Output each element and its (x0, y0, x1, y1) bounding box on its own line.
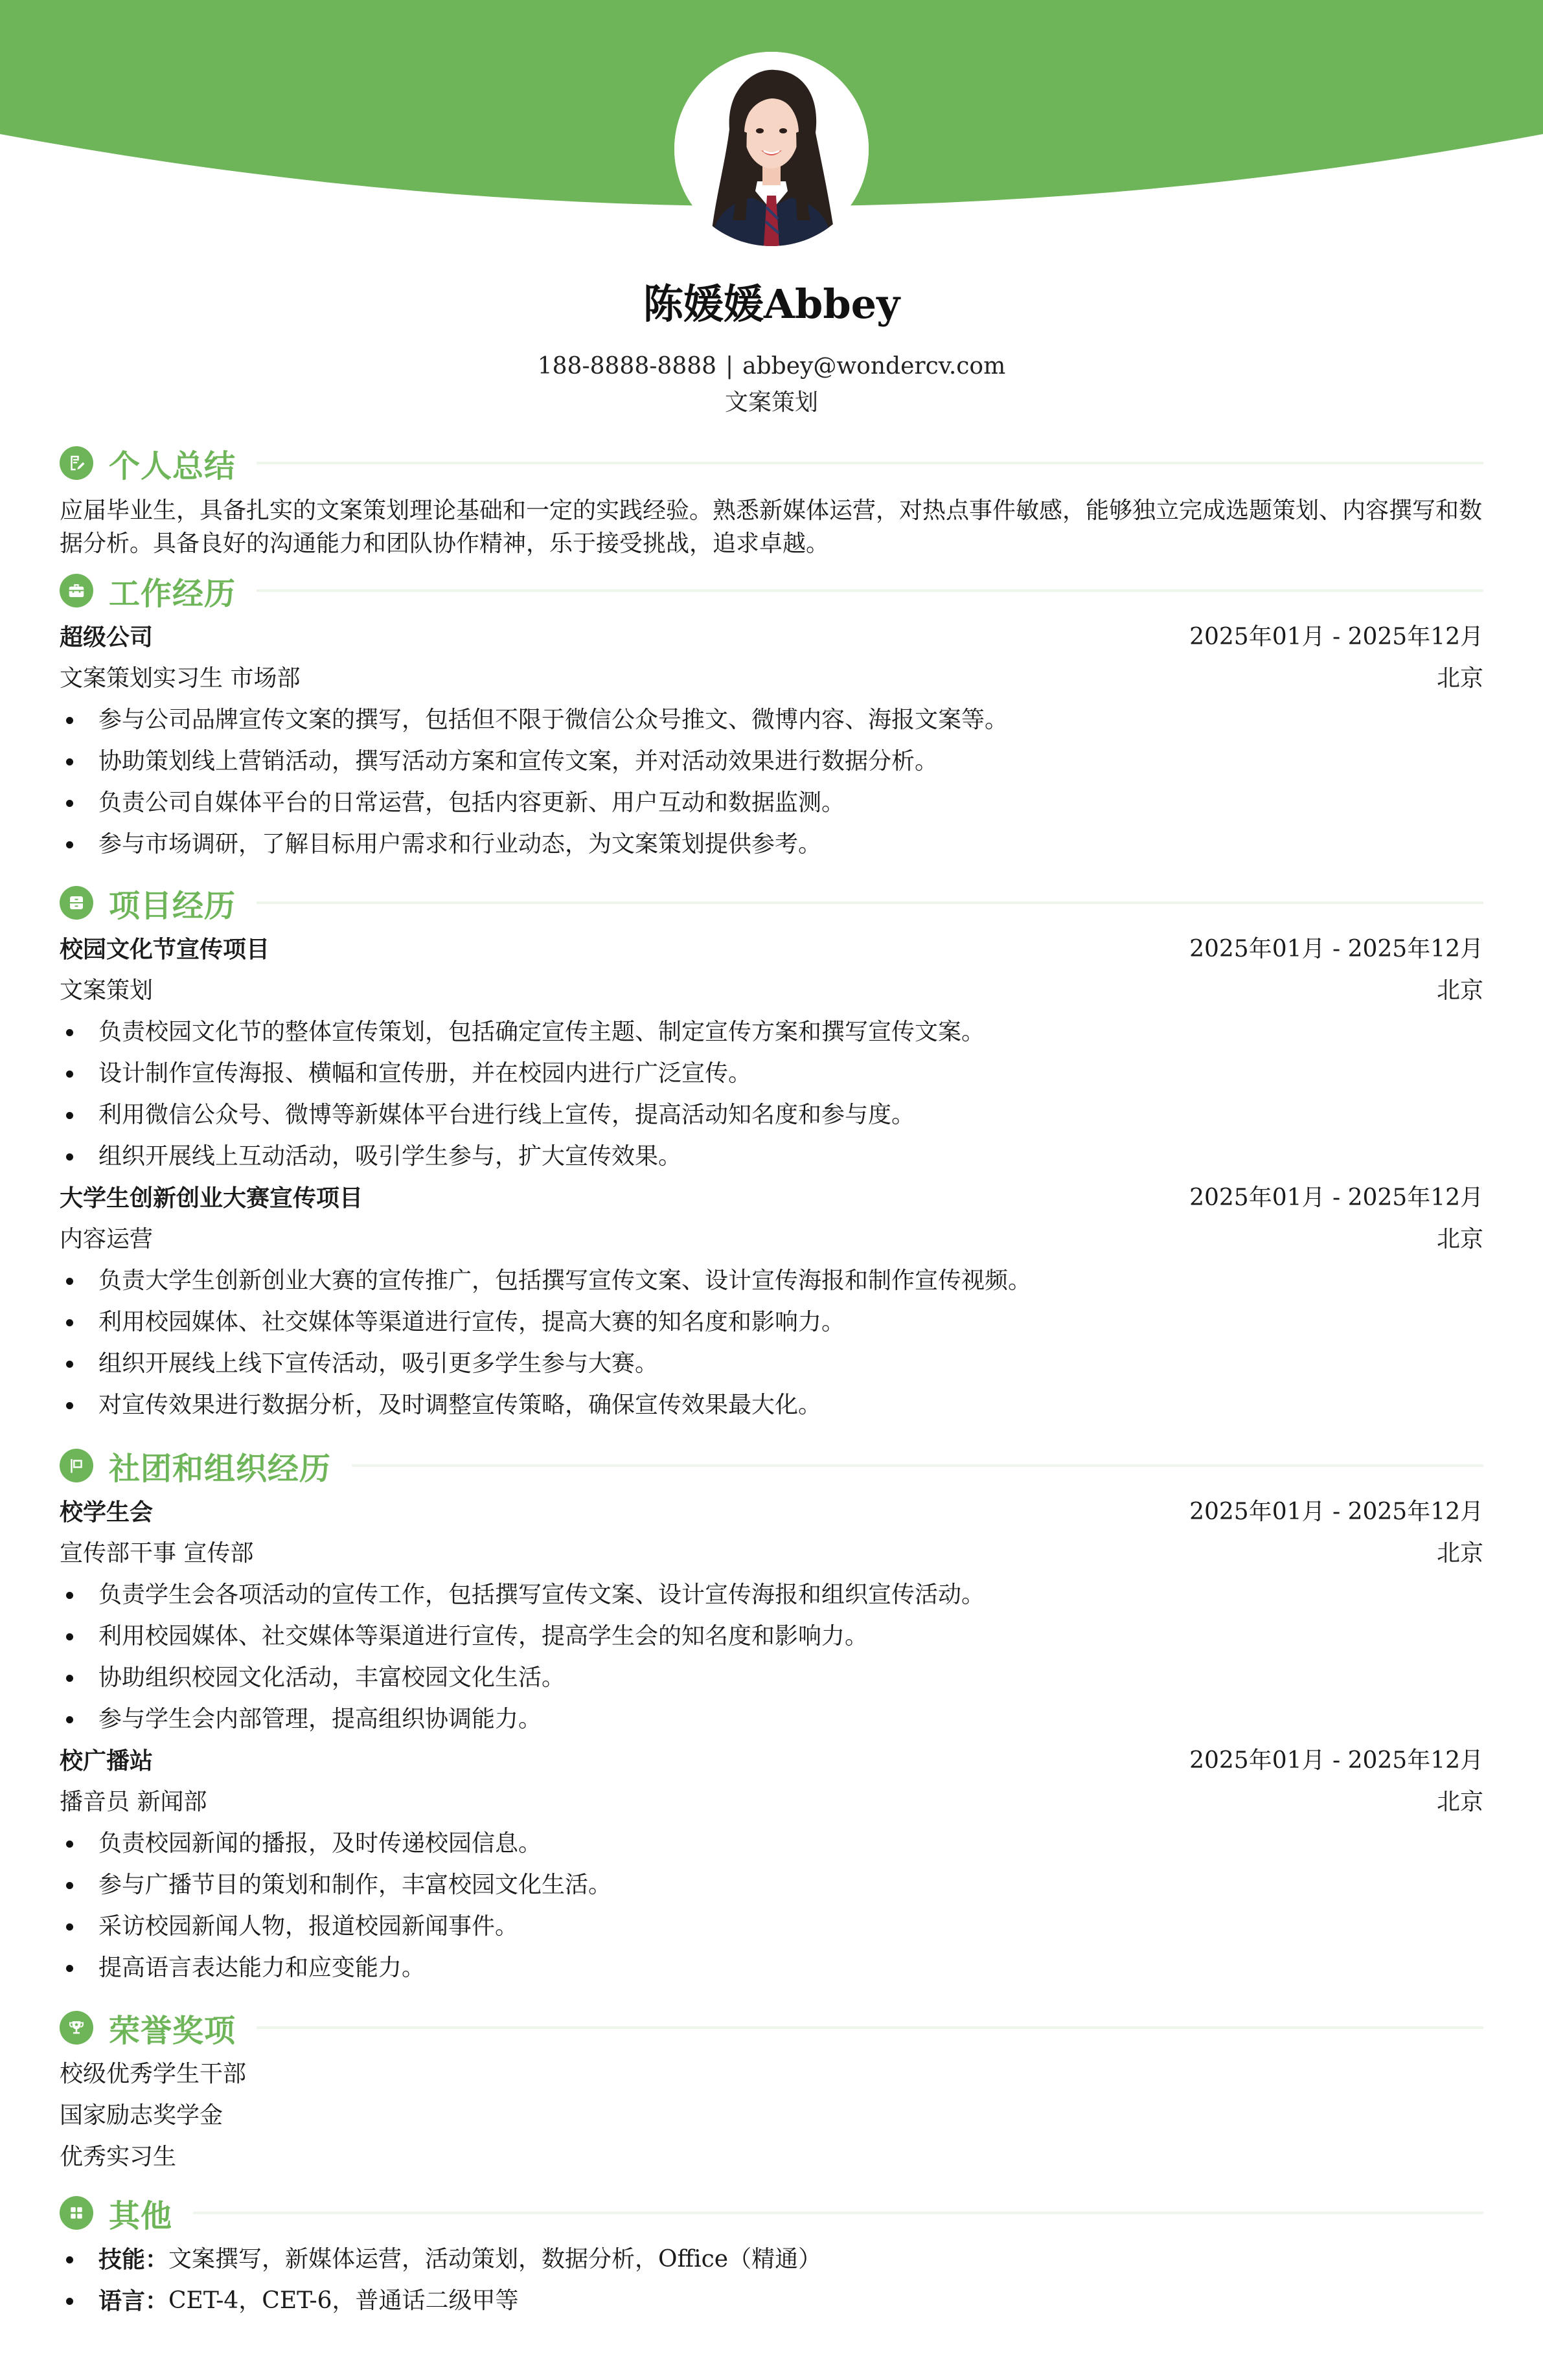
section-title: 项目经历 (109, 881, 236, 925)
bullet-item: 负责校园新闻的播报，及时传递校园信息。 (60, 1823, 1483, 1864)
bullet-item: 组织开展线上线下宣传活动，吸引更多学生参与大赛。 (60, 1343, 1483, 1385)
bullet-dot-icon (60, 1302, 98, 1343)
entry-role: 文案策划 (60, 970, 153, 1012)
work-entry: 超级公司2025年01月 - 2025年12月 文案策划实习生 市场部北京 参与… (60, 617, 1483, 865)
bullet-item: 负责大学生创新创业大赛的宣传推广，包括撰写宣传文案、设计宣传海报和制作宣传视频。 (60, 1260, 1483, 1302)
bullet-dot-icon (60, 1823, 98, 1864)
entry-date: 2025年01月 - 2025年12月 (1189, 617, 1483, 658)
bullet-dot-icon (60, 1699, 98, 1740)
entry-location: 北京 (1437, 1782, 1483, 1823)
bullet-item: 提高语言表达能力和应变能力。 (60, 1947, 1483, 1989)
bullet-dot-icon (60, 2280, 98, 2322)
bullet-item: 负责学生会各项活动的宣传工作，包括撰写宣传文案、设计宣传海报和组织宣传活动。 (60, 1574, 1483, 1616)
entry-date: 2025年01月 - 2025年12月 (1189, 1740, 1483, 1782)
contact-line: 188-8888-8888|abbey@wondercv.com (0, 352, 1543, 381)
languages-item: 语言：CET-4，CET-6，普通话二级甲等 (60, 2280, 1483, 2322)
honor-item: 优秀实习生 (60, 2136, 1483, 2178)
project-entry: 校园文化节宣传项目2025年01月 - 2025年12月 文案策划北京 负责校园… (60, 929, 1483, 1177)
avatar (674, 52, 869, 246)
summary-text: 应届毕业生，具备扎实的文案策划理论基础和一定的实践经验。熟悉新媒体运营，对热点事… (60, 494, 1483, 560)
bullet-dot-icon (60, 824, 98, 865)
entry-role: 内容运营 (60, 1219, 153, 1260)
entry-organization: 校广播站 (60, 1740, 153, 1782)
bullet-dot-icon (60, 1657, 98, 1699)
bullet-item: 参与广播节目的策划和制作，丰富校园文化生活。 (60, 1864, 1483, 1906)
section-header: 个人总结 (60, 437, 1483, 489)
section-header: 项目经历 (60, 877, 1483, 929)
bullet-dot-icon (60, 1616, 98, 1657)
item-value: 文案撰写，新媒体运营，活动策划，数据分析，Office（精通） (168, 2239, 821, 2280)
bullet-item: 参与公司品牌宣传文案的撰写，包括但不限于微信公众号推文、微博内容、海报文案等。 (60, 699, 1483, 741)
bullet-item: 设计制作宣传海报、横幅和宣传册，并在校园内进行广泛宣传。 (60, 1053, 1483, 1094)
cabinet-icon (60, 886, 93, 920)
section-divider (257, 901, 1483, 904)
bullet-dot-icon (60, 741, 98, 782)
skills-item: 技能：文案撰写，新媒体运营，活动策划，数据分析，Office（精通） (60, 2239, 1483, 2280)
trophy-icon (60, 2011, 93, 2045)
entry-date: 2025年01月 - 2025年12月 (1189, 1177, 1483, 1219)
bullet-item: 对宣传效果进行数据分析，及时调整宣传策略，确保宣传效果最大化。 (60, 1385, 1483, 1426)
bullet-item: 负责校园文化节的整体宣传策划，包括确定宣传主题、制定宣传方案和撰写宣传文案。 (60, 1012, 1483, 1053)
project-entry: 大学生创新创业大赛宣传项目2025年01月 - 2025年12月 内容运营北京 … (60, 1177, 1483, 1426)
bullet-dot-icon (60, 1136, 98, 1177)
section-projects: 项目经历 校园文化节宣传项目2025年01月 - 2025年12月 文案策划北京… (60, 877, 1483, 1426)
candidate-name: 陈媛媛Abbey (0, 278, 1543, 330)
section-title: 其他 (109, 2191, 172, 2236)
bullet-item: 利用校园媒体、社交媒体等渠道进行宣传，提高大赛的知名度和影响力。 (60, 1302, 1483, 1343)
section-other: 其他 技能：文案撰写，新媒体运营，活动策划，数据分析，Office（精通） 语言… (60, 2187, 1483, 2322)
entry-location: 北京 (1437, 970, 1483, 1012)
section-title: 工作经历 (109, 569, 236, 613)
bullet-item: 利用校园媒体、社交媒体等渠道进行宣传，提高学生会的知名度和影响力。 (60, 1616, 1483, 1657)
section-honors: 荣誉奖项 校级优秀学生干部 国家励志奖学金 优秀实习生 (60, 2002, 1483, 2178)
entry-location: 北京 (1437, 1533, 1483, 1574)
bullet-dot-icon (60, 2239, 98, 2280)
entry-date: 2025年01月 - 2025年12月 (1189, 929, 1483, 970)
section-title: 社团和组织经历 (109, 1444, 331, 1488)
section-organizations: 社团和组织经历 校学生会2025年01月 - 2025年12月 宣传部干事 宣传… (60, 1440, 1483, 1989)
briefcase-icon (60, 574, 93, 607)
section-header: 其他 (60, 2187, 1483, 2239)
bullet-dot-icon (60, 1343, 98, 1385)
bullet-item: 协助策划线上营销活动，撰写活动方案和宣传文案，并对活动效果进行数据分析。 (60, 741, 1483, 782)
entry-role: 宣传部干事 宣传部 (60, 1533, 253, 1574)
bullet-item: 协助组织校园文化活动，丰富校园文化生活。 (60, 1657, 1483, 1699)
section-divider (257, 2026, 1483, 2029)
entry-location: 北京 (1437, 658, 1483, 699)
bullet-item: 采访校园新闻人物，报道校园新闻事件。 (60, 1906, 1483, 1947)
bullet-dot-icon (60, 1012, 98, 1053)
entry-location: 北京 (1437, 1219, 1483, 1260)
organization-entry: 校学生会2025年01月 - 2025年12月 宣传部干事 宣传部北京 负责学生… (60, 1491, 1483, 1740)
bullet-dot-icon (60, 1094, 98, 1136)
email-address: abbey@wondercv.com (742, 353, 1005, 380)
entry-organization: 大学生创新创业大赛宣传项目 (60, 1177, 363, 1219)
section-title: 个人总结 (109, 441, 236, 486)
organization-entry: 校广播站2025年01月 - 2025年12月 播音员 新闻部北京 负责校园新闻… (60, 1740, 1483, 1989)
bullet-dot-icon (60, 1260, 98, 1302)
edit-note-icon (60, 446, 93, 480)
section-header: 工作经历 (60, 565, 1483, 617)
item-label: 语言： (98, 2280, 168, 2322)
bullet-item: 参与市场调研，了解目标用户需求和行业动态，为文案策划提供参考。 (60, 824, 1483, 865)
bullet-dot-icon (60, 1906, 98, 1947)
section-divider (193, 2212, 1483, 2214)
entry-role: 文案策划实习生 市场部 (60, 658, 300, 699)
item-value: CET-4，CET-6，普通话二级甲等 (168, 2280, 519, 2322)
section-header: 社团和组织经历 (60, 1440, 1483, 1491)
bullet-item: 利用微信公众号、微博等新媒体平台进行线上宣传，提高活动知名度和参与度。 (60, 1094, 1483, 1136)
section-header: 荣誉奖项 (60, 2002, 1483, 2054)
bullet-dot-icon (60, 1053, 98, 1094)
bullet-dot-icon (60, 1947, 98, 1989)
honor-item: 国家励志奖学金 (60, 2095, 1483, 2136)
section-title: 荣誉奖项 (109, 2006, 236, 2050)
section-work: 工作经历 超级公司2025年01月 - 2025年12月 文案策划实习生 市场部… (60, 565, 1483, 865)
job-intention: 文案策划 (0, 388, 1543, 418)
section-divider (257, 462, 1483, 464)
section-divider (257, 589, 1483, 592)
contact-separator: | (726, 353, 733, 380)
grid-icon (60, 2196, 93, 2230)
bullet-dot-icon (60, 1864, 98, 1906)
honor-item: 校级优秀学生干部 (60, 2054, 1483, 2095)
phone-number: 188-8888-8888 (538, 353, 716, 380)
section-summary: 个人总结 应届毕业生，具备扎实的文案策划理论基础和一定的实践经验。熟悉新媒体运营… (60, 437, 1483, 560)
entry-organization: 校园文化节宣传项目 (60, 929, 269, 970)
bullet-dot-icon (60, 1574, 98, 1616)
entry-organization: 超级公司 (60, 617, 153, 658)
entry-date: 2025年01月 - 2025年12月 (1189, 1491, 1483, 1533)
bullet-item: 组织开展线上互动活动，吸引学生参与，扩大宣传效果。 (60, 1136, 1483, 1177)
bullet-dot-icon (60, 699, 98, 741)
flag-icon (60, 1449, 93, 1482)
bullet-dot-icon (60, 782, 98, 824)
item-label: 技能： (98, 2239, 168, 2280)
bullet-item: 参与学生会内部管理，提高组织协调能力。 (60, 1699, 1483, 1740)
entry-organization: 校学生会 (60, 1491, 153, 1533)
section-divider (352, 1464, 1483, 1467)
bullet-dot-icon (60, 1385, 98, 1426)
entry-role: 播音员 新闻部 (60, 1782, 207, 1823)
bullet-item: 负责公司自媒体平台的日常运营，包括内容更新、用户互动和数据监测。 (60, 782, 1483, 824)
